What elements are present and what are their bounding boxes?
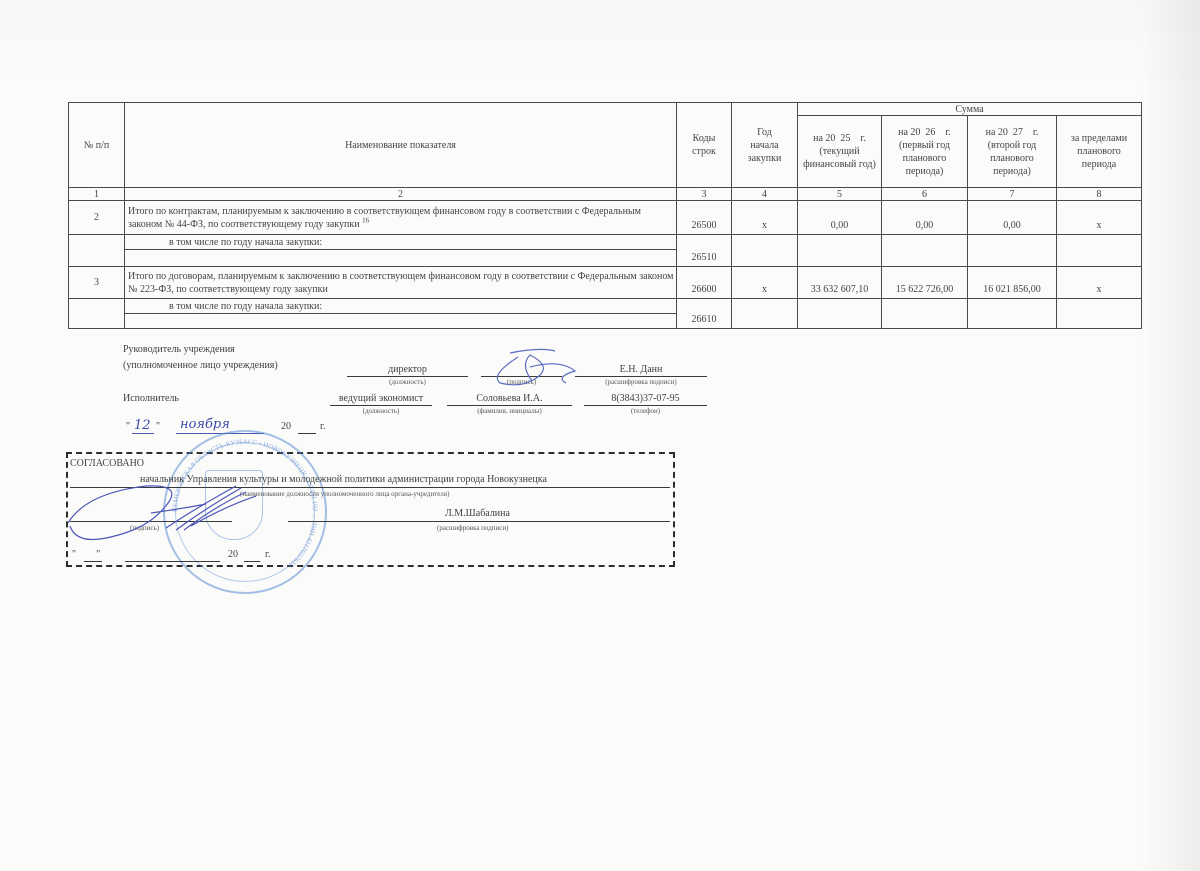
approval-date-year: 20 [228, 549, 238, 560]
colnum-5: 5 [798, 188, 881, 200]
row-num: 2 [69, 201, 124, 234]
subrow-label: в том числе по году начала закупки: [125, 299, 717, 313]
head-position: директор [347, 364, 468, 375]
row-code: 26600 [677, 267, 731, 298]
head-label-1: Руководитель учреждения [123, 344, 235, 355]
header-sum-2025: на 20 25 г. (текущий финансовый год) [798, 116, 881, 187]
subrow-code: 26510 [677, 235, 731, 266]
scan-shading-right [1140, 0, 1200, 871]
head-label-2: (уполномоченное лицо учреждения) [123, 360, 278, 371]
scan-shading-top [0, 0, 1200, 90]
colnum-6: 6 [882, 188, 967, 200]
colnum-8: 8 [1057, 188, 1141, 200]
header-num: № п/п [69, 103, 124, 187]
header-year-start: Год начала закупки [732, 103, 797, 187]
row-sum-2027: 16 021 856,00 [968, 267, 1056, 298]
head-position-caption: (должность) [347, 378, 468, 386]
executor-phone: 8(3843)37-07-95 [584, 393, 707, 404]
executor-position: ведущий экономист [330, 393, 432, 404]
head-name-caption: (расшифровка подписи) [575, 378, 707, 386]
subrow-label: в том числе по году начала закупки: [125, 235, 717, 249]
colnum-2: 2 [125, 188, 676, 200]
row-sum-2026: 15 622 726,00 [882, 267, 967, 298]
colnum-4: 4 [732, 188, 797, 200]
colnum-7: 7 [968, 188, 1056, 200]
row-sum-2027: 0,00 [968, 201, 1056, 234]
date-month: ноября [180, 417, 230, 432]
header-sum: Сумма [798, 103, 1141, 115]
row-sum-2026: 0,00 [882, 201, 967, 234]
header-sum-2027: на 20 27 г. (второй год планового период… [968, 116, 1056, 187]
header-name: Наименование показателя [125, 103, 676, 187]
colnum-1: 1 [69, 188, 124, 200]
approval-date-quotes: " " [72, 549, 100, 560]
row-name: Итого по договорам, планируемым к заключ… [125, 267, 676, 298]
row-beyond: x [1057, 267, 1141, 298]
date-day: 12 [134, 418, 151, 433]
executor-name: Соловьева И.А. [447, 393, 572, 404]
executor-name-caption: (фамилия, инициалы) [447, 407, 572, 415]
row-num: 3 [69, 267, 124, 298]
row-name: Итого по контрактам, планируемым к заклю… [125, 201, 676, 234]
approval-date-suffix: г. [265, 549, 270, 560]
header-sum-2026: на 20 26 г. (первый год планового период… [882, 116, 967, 187]
approval-name: Л.М.Шабалина [445, 508, 510, 519]
row-code: 26500 [677, 201, 731, 234]
row-sum-2025: 0,00 [798, 201, 881, 234]
header-codes: Коды строк [677, 103, 731, 187]
colnum-3: 3 [677, 188, 731, 200]
executor-position-caption: (должность) [330, 407, 432, 415]
executor-label: Исполнитель [123, 393, 179, 404]
approval-name-caption: (расшифровка подписи) [437, 524, 508, 532]
row-sum-2025: 33 632 607,10 [798, 267, 881, 298]
row-year-start: x [732, 201, 797, 234]
executor-phone-caption: (телефон) [584, 407, 707, 415]
subrow-code: 26610 [677, 299, 731, 328]
head-name: Е.Н. Данн [575, 364, 707, 375]
approval-title: СОГЛАСОВАНО [70, 458, 144, 469]
row-beyond: x [1057, 201, 1141, 234]
header-beyond: за пределами планового периода [1057, 116, 1141, 187]
row-year-start: x [732, 267, 797, 298]
approver-signature [66, 478, 296, 548]
director-signature [470, 345, 590, 395]
